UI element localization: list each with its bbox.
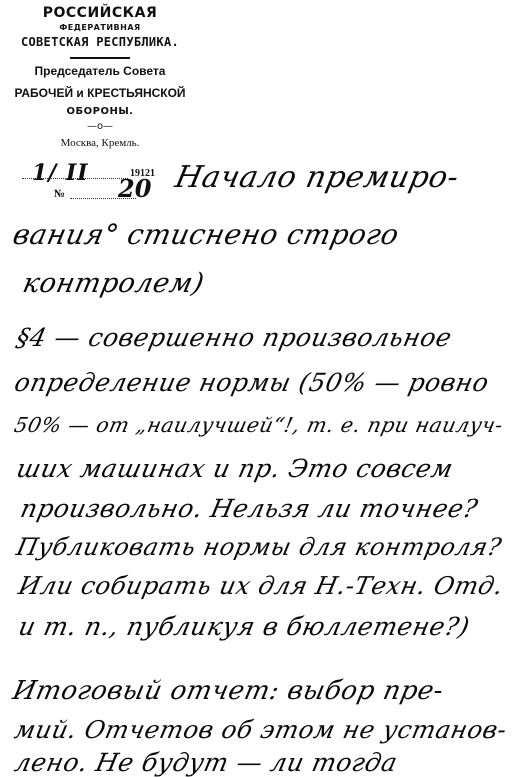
handwritten-line: и т. п., публикуя в бюллетене?) — [16, 612, 472, 641]
handwritten-line: Публиковать нормы для контроля? — [14, 533, 504, 561]
letterhead: РОССИЙСКАЯ ФЕДЕРАТИВНАЯ СОВЕТСКАЯ РЕСПУБ… — [0, 4, 200, 149]
letterhead-council: РАБОЧЕЙ и КРЕСТЬЯНСКОЙ — [0, 87, 200, 100]
handwritten-line: мий. Отчетов об этом не установ- — [12, 715, 510, 744]
handwritten-line: контролем) — [20, 268, 207, 299]
letterhead-divider — [70, 57, 130, 59]
number-label: № — [54, 188, 65, 200]
handwritten-line: лено. Не будут — ли тогда — [12, 748, 400, 777]
handwritten-line: Итоговый отчет: выбор пре- — [10, 676, 446, 706]
handwritten-line: Начало премиро- — [172, 160, 462, 195]
handwritten-line: определение нормы (50% — ровно — [12, 368, 492, 397]
letterhead-soviet-republic: СОВЕТСКАЯ РЕСПУБЛИКА. — [0, 36, 200, 49]
letterhead-separator: —о— — [0, 121, 200, 132]
handwritten-line: Или собирать их для Н.-Техн. Отд. — [16, 571, 506, 600]
handwritten-number: 20 — [118, 174, 151, 203]
handwritten-line: вания° стиснено строго — [10, 218, 402, 251]
handwritten-line: произвольно. Нельзя ли точнее? — [18, 494, 481, 523]
handwritten-date: 1/ II — [32, 160, 89, 186]
letterhead-chairman: Председатель Совета — [0, 65, 200, 78]
letterhead-location: Москва, Кремль. — [0, 137, 200, 149]
letterhead-defense: ОБОРОНЫ. — [0, 106, 200, 117]
handwritten-line: ших машинах и пр. Это совсем — [14, 454, 456, 483]
handwritten-line: §4 — совершенно произвольное — [14, 323, 455, 352]
letterhead-federative: ФЕДЕРАТИВНАЯ — [0, 24, 200, 33]
handwritten-line: 50% — от „наилучшей“!, т. е. при наилуч- — [12, 413, 505, 437]
letterhead-republic: РОССИЙСКАЯ — [0, 6, 200, 21]
